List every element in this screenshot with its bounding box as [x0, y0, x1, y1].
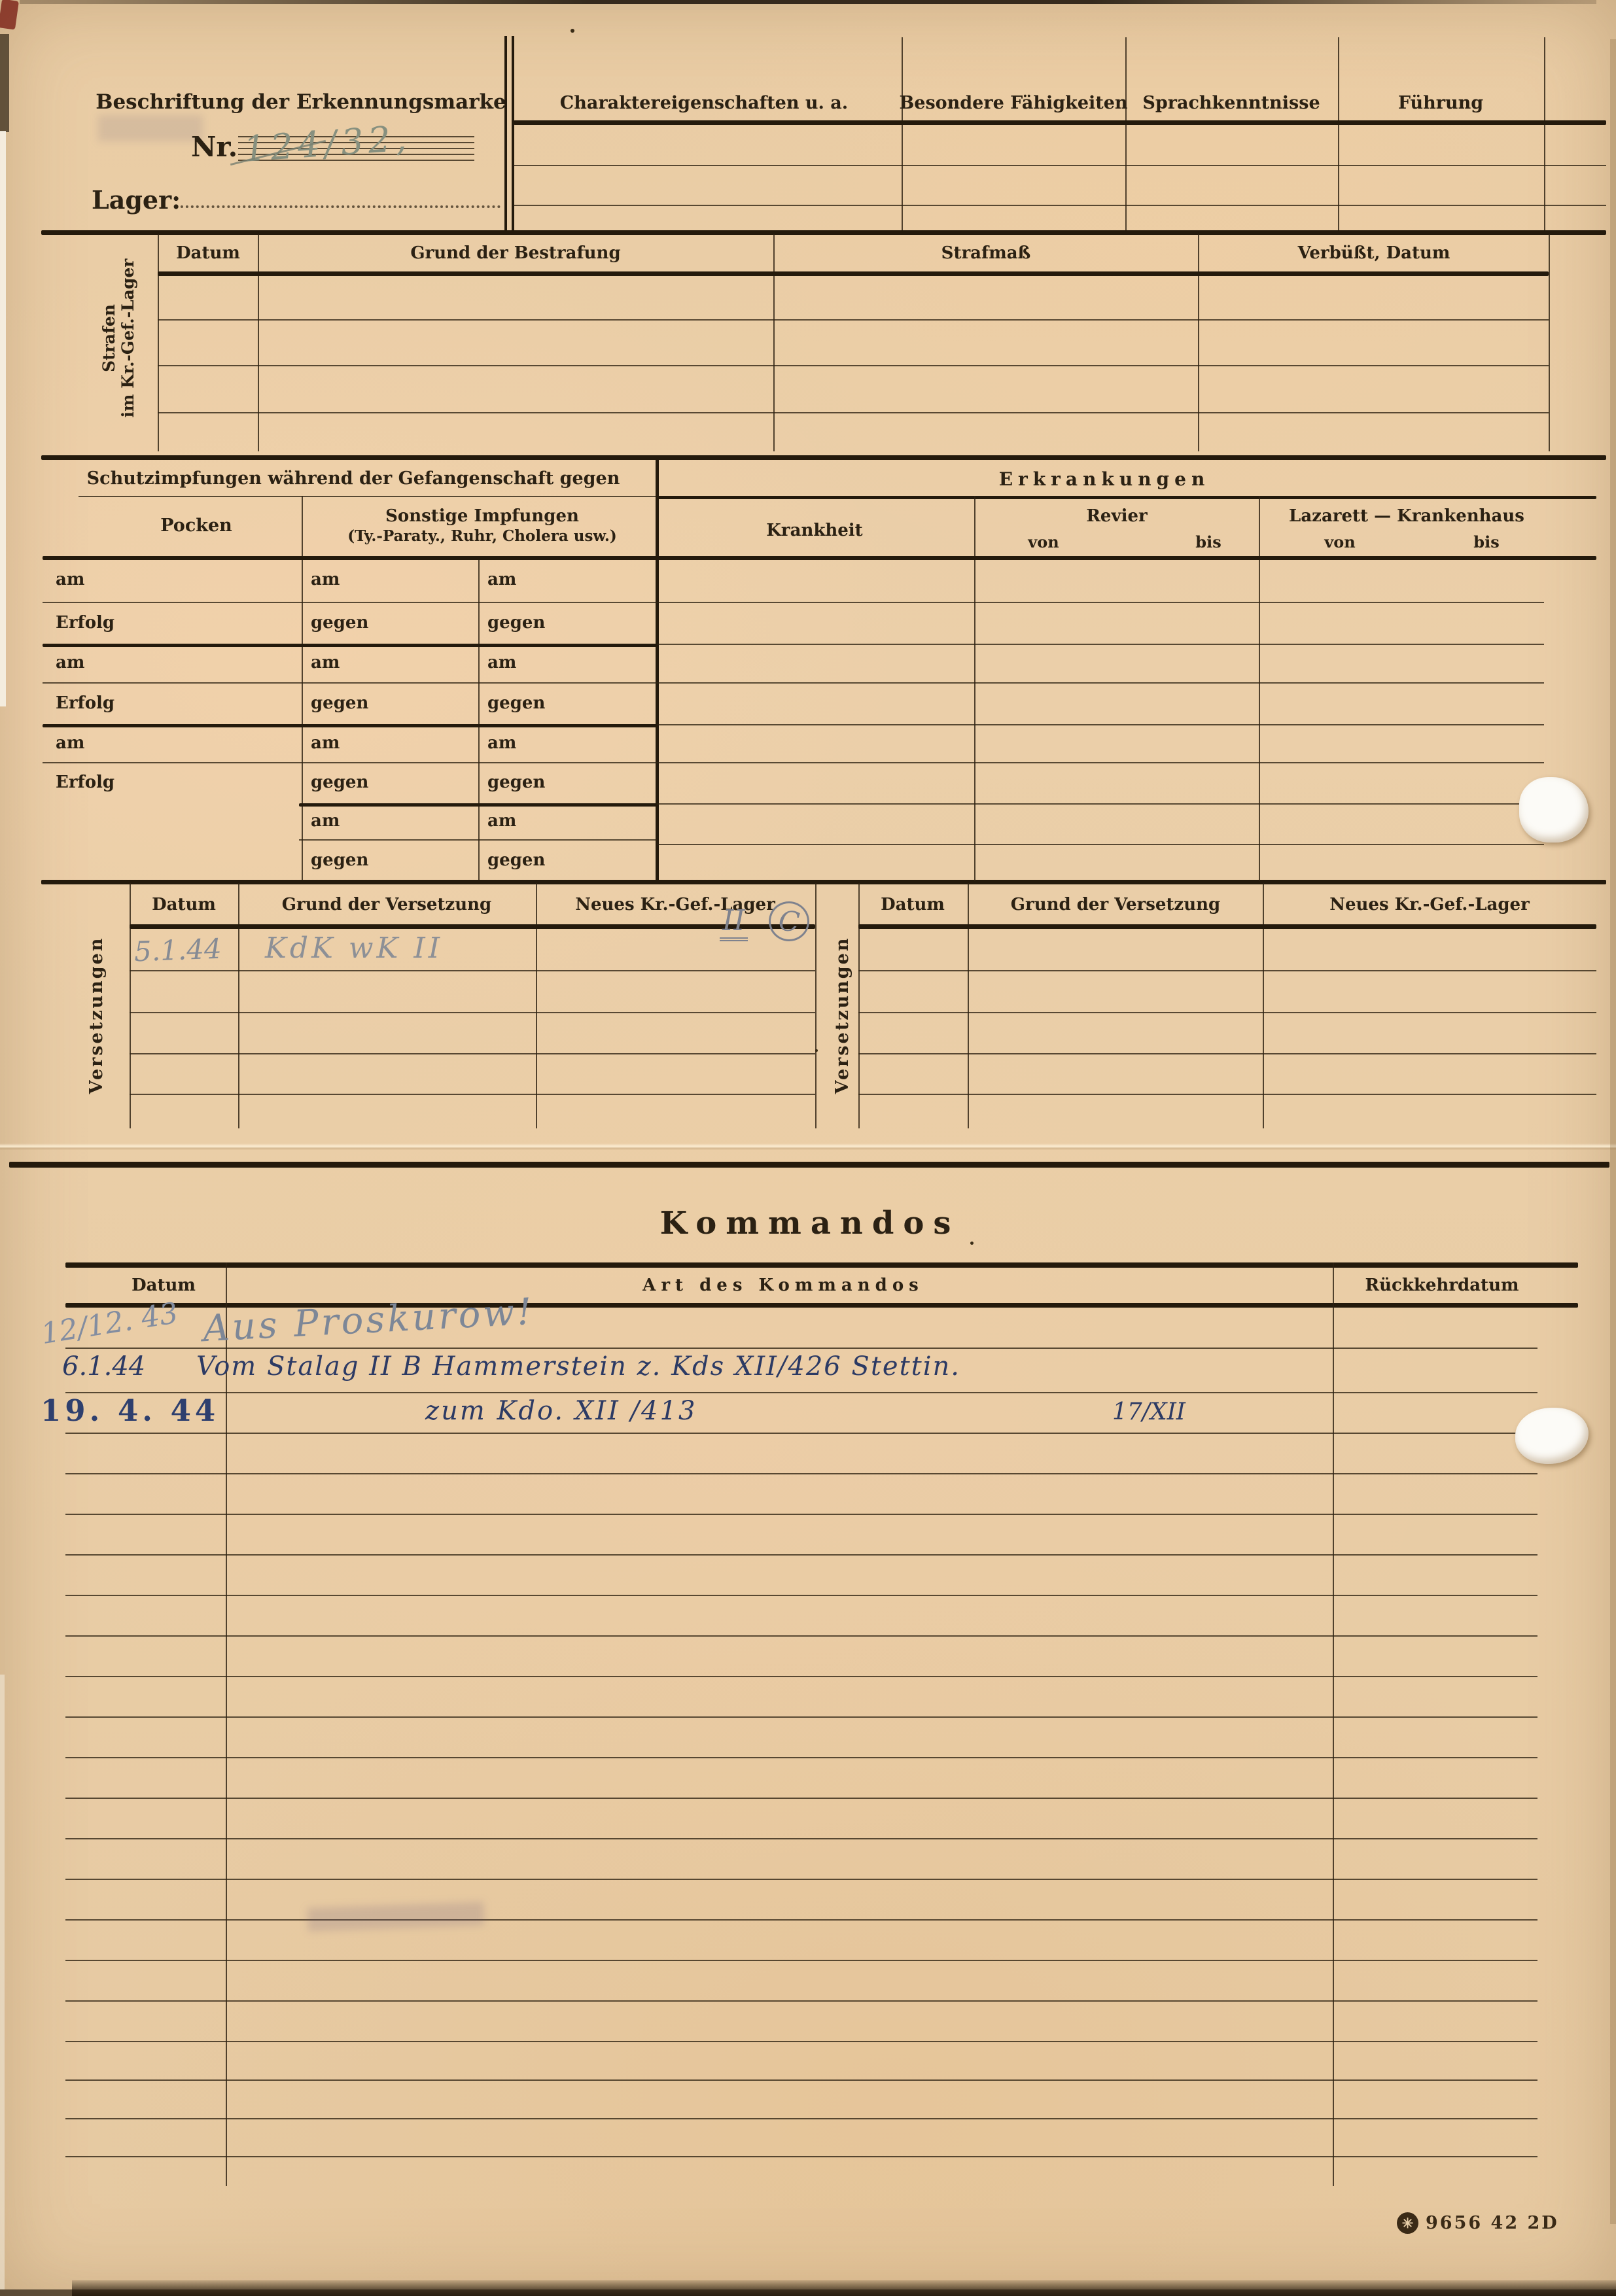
kommandos-top-rule — [65, 1262, 1578, 1268]
kommando-entry-art: Vom Stalag II B Hammerstein z. Kds XII/4… — [196, 1351, 960, 1382]
impfungen-cell: am — [311, 570, 340, 589]
impfungen-title-rule — [79, 496, 657, 497]
kommando-entry-art: Aus Proskurow! — [202, 1291, 536, 1350]
paper-damage-blob — [1519, 777, 1589, 843]
erkrankungen-row-line — [657, 844, 1544, 845]
assessment-divider — [902, 37, 903, 232]
strafen-border — [158, 234, 159, 451]
bottom-edge-band — [0, 2289, 1616, 2296]
impfungen-cell: am — [311, 733, 340, 753]
versetzungen-right-side-label: Versetzungen — [832, 924, 852, 1107]
kommandos-row-line — [65, 1879, 1537, 1880]
impfungen-cell: gegen — [487, 773, 545, 792]
impfungen-row-line-thick — [43, 644, 657, 647]
impfungen-cell: gegen — [311, 850, 368, 870]
impfungen-col-pocken: Pocken — [160, 515, 232, 536]
erkrankungen-col-revier: Revier — [1086, 506, 1147, 526]
impfungen-row-line — [43, 682, 657, 684]
impfungen-cell: am — [487, 733, 516, 753]
versetzungen-left-divider — [536, 883, 537, 1128]
kommando-entry-note: 17/XII — [1112, 1399, 1186, 1425]
paper-damage-blob — [1515, 1408, 1589, 1464]
assessment-left-border — [504, 36, 507, 234]
versetzungen-left-right-border — [815, 883, 817, 1128]
erkrankungen-col-lazarett: Lazarett — Krankenhaus — [1289, 506, 1524, 526]
printer-symbol-icon: ✳ — [1397, 2212, 1418, 2234]
kommandos-col-datum: Datum — [132, 1276, 196, 1295]
impfungen-header-rule — [43, 556, 657, 560]
impfungen-cell: am — [56, 653, 84, 672]
assessment-col-charakter: Charaktereigenschaften u. a. — [560, 93, 848, 113]
erkrankungen-divider — [1259, 496, 1260, 881]
left-edge-white-strip — [0, 1675, 5, 2289]
kommandos-row-line — [65, 1433, 1537, 1434]
versetzungen-left-header-rule — [130, 924, 815, 929]
impfungen-cell: am — [56, 570, 84, 589]
erkrankungen-row-line — [657, 762, 1544, 763]
kommandos-row-line — [65, 1798, 1537, 1799]
impfungen-title: Schutzimpfungen während der Gefangenscha… — [87, 468, 620, 489]
kommandos-row-line — [65, 1514, 1537, 1515]
kommandos-row-line — [65, 1348, 1537, 1349]
versetzungen-left-row-line — [130, 1012, 815, 1013]
impfungen-cell: am — [487, 811, 516, 831]
kommandos-title: Kommandos — [660, 1205, 960, 1242]
kommandos-row-line — [65, 1554, 1537, 1556]
left-edge-white-strip — [0, 131, 6, 706]
kommandos-datum-divider — [226, 1262, 227, 2186]
impfungen-erkrankungen-divider — [656, 458, 659, 881]
strafen-header-rule — [158, 271, 1549, 276]
kommandos-row-line — [65, 1757, 1537, 1758]
assessment-header-rule — [514, 120, 1606, 125]
strafen-col-grund: Grund der Bestrafung — [410, 243, 620, 263]
erkrankungen-divider — [974, 496, 975, 881]
page-divider-rule — [9, 1162, 1609, 1168]
corner-red-mark — [0, 0, 19, 30]
assessment-row-line — [514, 205, 1606, 206]
versetzungen-left-row-line — [130, 970, 815, 971]
impfungen-cell: Erfolg — [56, 693, 114, 713]
versetzungen-right-row-line — [858, 1053, 1596, 1054]
impfungen-cell: am — [311, 653, 340, 672]
kommandos-row-line — [65, 2156, 1537, 2157]
versetzungen-right-row-line — [858, 1094, 1596, 1095]
assessment-right-border — [1544, 37, 1545, 232]
impfungen-row-line — [43, 602, 657, 603]
impfungen-col-sonstige: Sonstige Impfungen — [385, 506, 579, 526]
erkrankungen-title-rule — [657, 496, 1596, 499]
strafen-side-label-line2: im Kr.-Gef.-Lager — [118, 250, 137, 426]
strafen-side-label-line1: Strafen — [99, 250, 118, 426]
versetzungen-left-border — [130, 883, 131, 1128]
impfungen-cell: gegen — [487, 613, 545, 633]
versetzungen-left-side-label: Versetzungen — [86, 924, 107, 1107]
versetzungen-right-divider — [1263, 883, 1264, 1128]
nr-handwritten-value: 124/32, — [242, 117, 412, 170]
versetzungen-right-border — [858, 883, 860, 1128]
kommandos-row-line — [65, 2000, 1537, 2002]
impfungen-cell: Erfolg — [56, 613, 114, 633]
versetzungen-right-row-line — [858, 1012, 1596, 1013]
strafen-col-datum: Datum — [176, 243, 240, 263]
assessment-col-sprachen: Sprachkenntnisse — [1142, 93, 1320, 113]
strafen-divider — [258, 234, 259, 451]
strafen-row-line — [158, 365, 1549, 366]
versetzungen-left-row-line — [130, 1053, 815, 1054]
printer-mark: ✳ 9656 42 2D — [1397, 2212, 1559, 2234]
assessment-col-fuehrung: Führung — [1398, 93, 1483, 113]
kommandos-rueckkehr-divider — [1333, 1262, 1334, 2186]
ink-speck — [970, 1242, 974, 1245]
assessment-col-faehigkeiten: Besondere Fähigkeiten — [899, 93, 1127, 113]
erkrankungen-row-line — [657, 682, 1544, 684]
kommandos-row-line — [65, 1635, 1537, 1637]
kommandos-row-line — [65, 2118, 1537, 2119]
kommandos-col-art: Art des Kommandos — [642, 1276, 924, 1295]
kommandos-row-line — [65, 1392, 1537, 1393]
nr-label: Nr. — [191, 131, 237, 163]
versetzungen-left-row-line — [130, 1094, 815, 1095]
kommandos-row-line — [65, 1716, 1537, 1718]
erkrankungen-row-line — [657, 803, 1544, 805]
erkrankungen-col-krankheit: Krankheit — [766, 521, 862, 540]
impfungen-row-line-thick — [299, 803, 657, 807]
assessment-divider — [1125, 37, 1127, 232]
impfungen-cell: am — [56, 733, 84, 753]
erkrankungen-row-line — [657, 644, 1544, 645]
printer-code: 9656 42 2D — [1426, 2213, 1559, 2233]
kommandos-row-line — [65, 2041, 1537, 2042]
kommando-entry-datum-stamp: 19. 4. 44 — [41, 1393, 219, 1428]
strafen-side-label: Strafen im Kr.-Gef.-Lager — [99, 250, 137, 426]
impfungen-cell: gegen — [487, 693, 545, 713]
erkrankungen-row-line — [657, 602, 1544, 603]
strafen-divider — [773, 234, 775, 451]
erased-pencil-smudge — [98, 115, 203, 141]
versetzungen-left-col-grund: Grund der Versetzung — [282, 895, 491, 914]
erkrankungen-revier-bis: bis — [1195, 532, 1221, 551]
ink-speck — [815, 1049, 818, 1052]
erkrankungen-lazarett-bis: bis — [1473, 532, 1499, 551]
lager-label: Lager: — [92, 185, 181, 215]
section-rule — [41, 230, 1606, 235]
impfungen-row-line — [299, 839, 657, 841]
versetzungen-right-col-neues: Neues Kr.-Gef.-Lager — [1329, 895, 1530, 914]
assessment-divider — [1338, 37, 1339, 232]
impfungen-cell: am — [311, 811, 340, 831]
erkrankungen-row-line — [657, 724, 1544, 725]
strafen-row-line — [158, 319, 1549, 321]
kommandos-row-line — [65, 2079, 1537, 2081]
top-edge-shadow — [20, 0, 1596, 4]
strafen-col-verbuesst: Verbüßt, Datum — [1298, 243, 1450, 263]
kommandos-row-line — [65, 1676, 1537, 1677]
versetzungen-left-col-datum: Datum — [152, 895, 216, 914]
impfungen-cell: am — [487, 570, 516, 589]
kommandos-row-line — [65, 1838, 1537, 1839]
faint-stamp-smudge — [307, 1902, 484, 1931]
strafen-row-line — [158, 412, 1549, 413]
strafen-divider — [1198, 234, 1199, 451]
erkrankungen-lazarett-von: von — [1324, 532, 1355, 551]
section-rule — [41, 880, 1606, 884]
impfungen-cell: gegen — [311, 613, 368, 633]
kommandos-row-line — [65, 1960, 1537, 1961]
kommandos-col-rueckkehr: Rückkehrdatum — [1365, 1276, 1519, 1295]
right-edge-shadow — [1610, 39, 1616, 2224]
kommandos-row-line — [65, 1595, 1537, 1596]
assessment-row-line — [514, 165, 1606, 166]
versetzung-entry-grund: KdK wK II — [265, 931, 443, 965]
impfungen-cell: am — [487, 653, 516, 672]
strafen-col-strafmass: Strafmaß — [941, 243, 1031, 263]
kommando-entry-art: zum Kdo. XII /413 — [425, 1396, 697, 1426]
kommando-entry-datum: 6.1.44 — [62, 1351, 145, 1382]
impfungen-divider — [302, 496, 303, 881]
left-edge-dark-streak — [0, 34, 9, 132]
impfungen-cell: Erfolg — [56, 773, 114, 792]
impfungen-subdivider — [478, 556, 480, 881]
versetzungen-right-col-datum: Datum — [881, 895, 945, 914]
ink-speck — [571, 29, 574, 33]
assessment-left-border-2 — [512, 36, 514, 234]
impfungen-row-line-thick — [43, 724, 657, 727]
versetzungen-right-divider — [968, 883, 969, 1128]
versetzungen-left-divider — [238, 883, 239, 1128]
fold-crease — [0, 1143, 1616, 1150]
versetzung-entry-datum: 5.1.44 — [133, 933, 222, 968]
versetzung-entry-neues-numeral: II — [720, 904, 748, 941]
lager-dotted-line — [175, 205, 501, 208]
impfungen-row-line — [43, 762, 657, 763]
kommandos-row-line — [65, 1919, 1537, 1921]
impfungen-cell: gegen — [311, 693, 368, 713]
kommandos-row-line — [65, 1473, 1537, 1474]
impfungen-cell: gegen — [487, 850, 545, 870]
versetzungen-right-header-rule — [858, 924, 1596, 929]
versetzungen-right-col-grund: Grund der Versetzung — [1011, 895, 1220, 914]
versetzungen-right-row-line — [858, 970, 1596, 971]
erkrankungen-title: Erkrankungen — [999, 468, 1210, 490]
section-rule — [41, 455, 1606, 460]
impfungen-col-sonstige-sub: (Ty.-Paraty., Ruhr, Cholera usw.) — [347, 527, 617, 545]
erkrankungen-header-rule — [657, 556, 1596, 560]
id-block-title: Beschriftung der Erkennungsmarke — [96, 90, 506, 114]
impfungen-cell: gegen — [311, 773, 368, 792]
strafen-right-border — [1549, 234, 1550, 451]
pow-record-card-back: Beschriftung der Erkennungsmarke Nr. 124… — [0, 0, 1616, 2296]
erkrankungen-revier-von: von — [1028, 532, 1059, 551]
